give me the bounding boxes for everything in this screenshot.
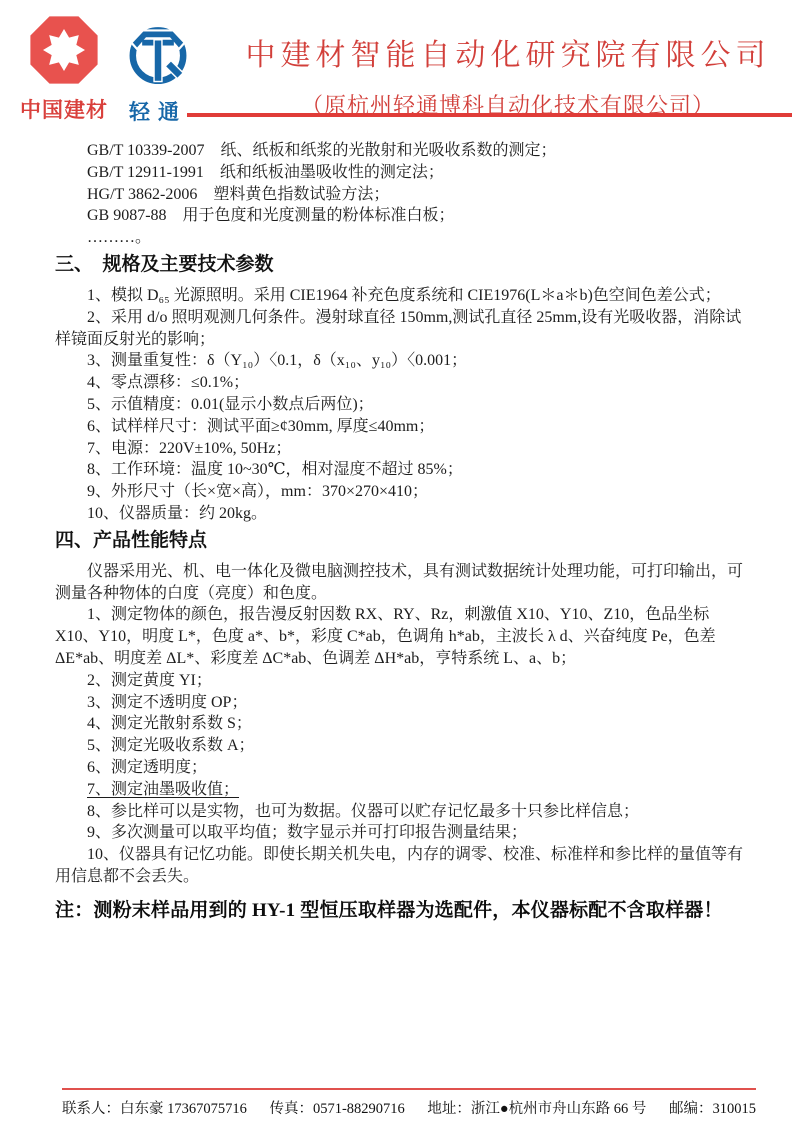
footer: 联系人：白东豪 17367075716 传真：0571-88290716 地址：…	[62, 1088, 756, 1118]
standard-line: GB/T 10339-2007 纸、纸板和纸浆的光散射和光吸收系数的测定；	[87, 140, 745, 162]
cnbm-octagon-star-icon	[29, 10, 99, 90]
section-spec-items: 1、模拟 D₆₅ 光源照明。采用 CIE1964 补充色度系统和 CIE1976…	[55, 285, 745, 525]
section-features-items: 1、测定物体的颜色，报告漫反射因数 RX、RY、Rz，刺激值 X10、Y10、Z…	[55, 604, 745, 887]
feature-item: 9、多次测量可以取平均值；数字显示并可打印报告测量结果；	[55, 822, 745, 844]
feature-item: 3、测定不透明度 OP；	[55, 692, 745, 714]
standard-line: GB/T 12911-1991 纸和纸板油墨吸收性的测定法；	[87, 162, 745, 184]
standard-line: GB 9087-88 用于色度和光度测量的粉体标准白板；	[87, 205, 745, 227]
standard-line: ………。	[87, 227, 745, 249]
section-features-heading: 四、产品性能特点	[55, 528, 745, 554]
qingtong-qt-emblem-icon	[122, 10, 194, 88]
header-rule	[187, 113, 792, 117]
spec-item: 4、零点漂移：≤0.1%；	[55, 372, 745, 394]
footer-contact: 联系人：白东豪 17367075716	[62, 1097, 247, 1118]
qingtong-logo: 轻通	[122, 10, 194, 126]
letterhead: 中国建材 轻通 中建材智能自动化研究院有限公司 （原杭州轻通博科自动化技术有限公…	[0, 0, 800, 132]
feature-item: 5、测定光吸收系数 A；	[55, 735, 745, 757]
footer-fax: 传真：0571-88290716	[269, 1097, 404, 1118]
company-name: 中建材智能自动化研究院有限公司	[222, 30, 794, 74]
qingtong-logo-label: 轻通	[129, 96, 187, 126]
spec-item: 1、模拟 D₆₅ 光源照明。采用 CIE1964 补充色度系统和 CIE1976…	[55, 285, 745, 307]
spec-item: 10、仪器质量：约 20kg。	[55, 503, 745, 525]
feature-item-underlined: 7、测定油墨吸收值；	[55, 779, 745, 801]
section-spec-heading: 三、 规格及主要技术参数	[55, 252, 745, 278]
document-body: GB/T 10339-2007 纸、纸板和纸浆的光散射和光吸收系数的测定； GB…	[55, 140, 745, 924]
spec-item: 7、电源：220V±10%, 50Hz；	[55, 438, 745, 460]
logo-group: 中国建材 轻通	[20, 10, 194, 126]
standards-list: GB/T 10339-2007 纸、纸板和纸浆的光散射和光吸收系数的测定； GB…	[55, 140, 745, 249]
feature-item-underline-text: 7、测定油墨吸收值；	[87, 781, 239, 798]
spec-item: 3、测量重复性：δ（Y₁₀）〈0.1，δ（x₁₀、y₁₀）〈0.001；	[55, 350, 745, 372]
spec-item: 9、外形尺寸（长×宽×高），mm：370×270×410；	[55, 481, 745, 503]
feature-item: 2、测定黄度 YI；	[55, 670, 745, 692]
features-intro: 仪器采用光、机、电一体化及微电脑测控技术，具有测试数据统计处理功能，可打印输出，…	[55, 561, 745, 605]
feature-item: 6、测定透明度；	[55, 757, 745, 779]
spec-item: 5、示值精度：0.01(显示小数点后两位)；	[55, 394, 745, 416]
feature-item: 10、仪器具有记忆功能。即使长期关机失电，内存的调零、校准、标准样和参比样的量值…	[55, 844, 745, 888]
feature-item: 8、参比样可以是实物，也可为数据。仪器可以贮存记忆最多十只参比样信息；	[55, 801, 745, 823]
optional-accessory-note: 注：测粉末样品用到的 HY-1 型恒压取样器为选配件，本仪器标配不含取样器！	[55, 898, 745, 924]
footer-address: 地址：浙江●杭州市舟山东路 66 号	[427, 1097, 646, 1118]
footer-postcode: 邮编：310015	[669, 1097, 756, 1118]
standard-line: HG/T 3862-2006 塑料黄色指数试验方法；	[87, 184, 745, 206]
feature-item: 1、测定物体的颜色，报告漫反射因数 RX、RY、Rz，刺激值 X10、Y10、Z…	[55, 604, 745, 669]
cnbm-logo-label: 中国建材	[20, 94, 108, 124]
spec-item: 6、试样样尺寸：测试平面≥¢30mm, 厚度≤40mm；	[55, 416, 745, 438]
spec-item: 8、工作环境：温度 10~30℃，相对湿度不超过 85%；	[55, 459, 745, 481]
spec-item: 2、采用 d/o 照明观测几何条件。漫射球直径 150mm,测试孔直径 25mm…	[55, 307, 745, 351]
feature-item: 4、测定光散射系数 S；	[55, 713, 745, 735]
header-titles: 中建材智能自动化研究院有限公司 （原杭州轻通博科自动化技术有限公司）	[222, 30, 794, 120]
cnbm-logo: 中国建材	[20, 10, 108, 124]
